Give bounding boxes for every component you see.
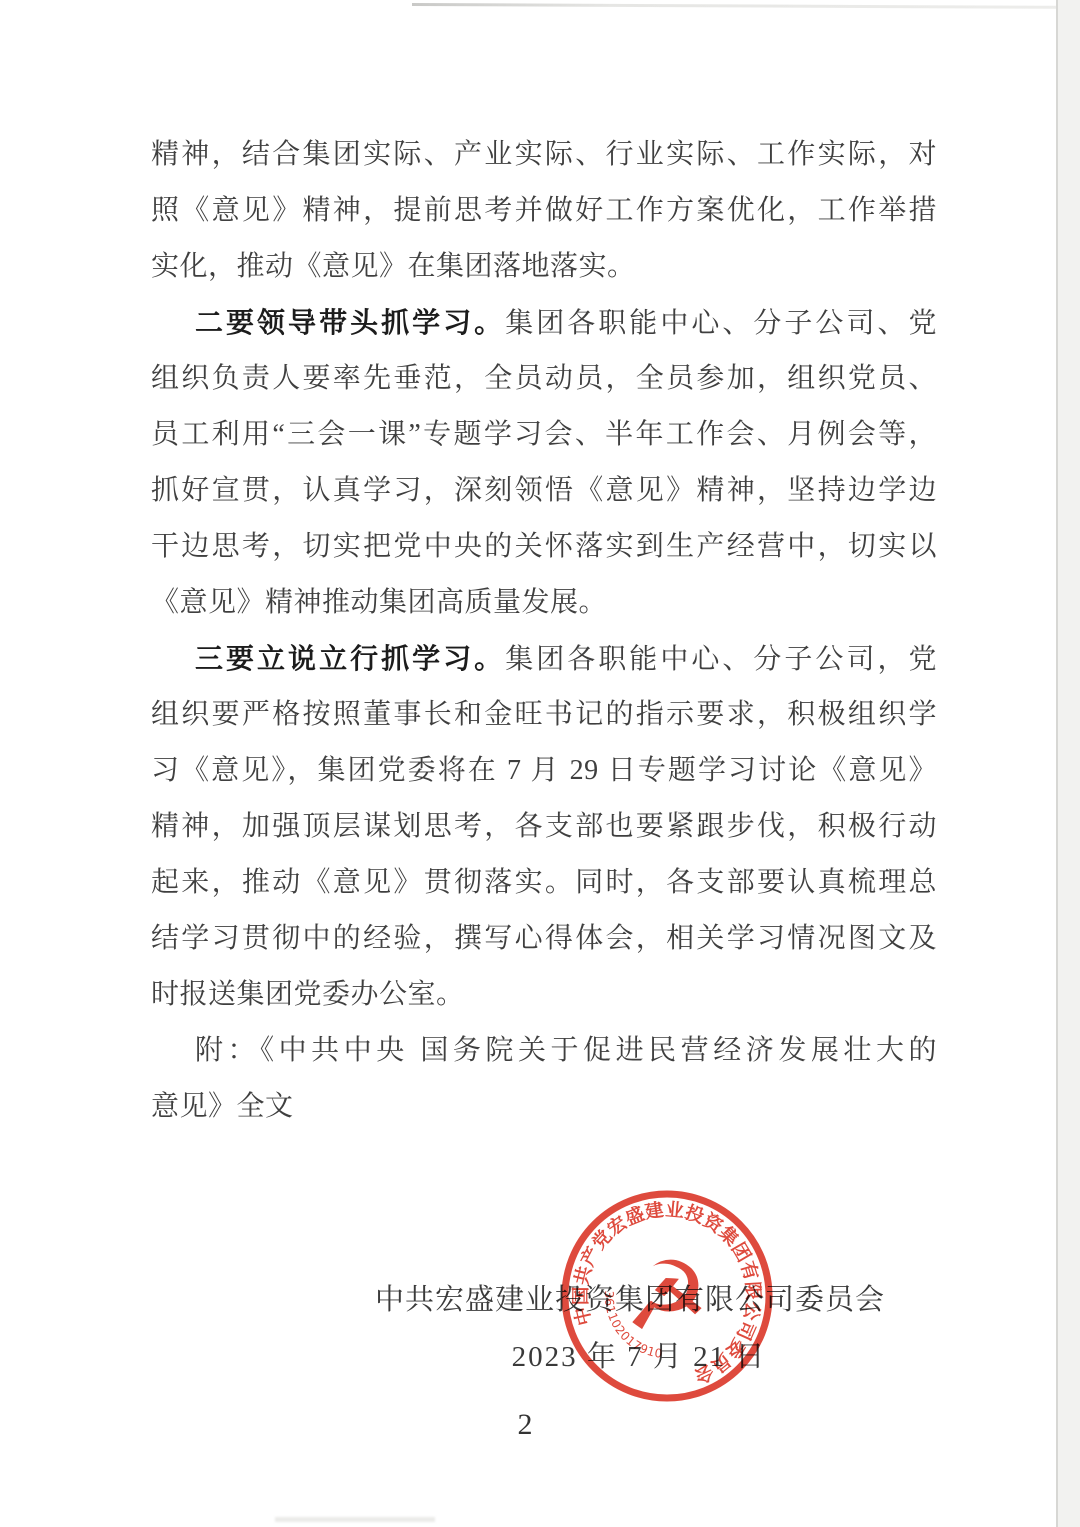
body-line: 精神，结合集团实际、产业实际、行业实际、工作实际，对 (151, 127, 937, 183)
body-line: 结学习贯彻中的经验，撰写心得体会，相关学习情况图文及 (151, 911, 937, 967)
attachment-line: 附：《中共中央 国务院关于促进民营经济发展壮大的 (151, 1023, 937, 1079)
body-line: 组织负责人要率先垂范，全员动员，全员参加，组织党员、 (151, 351, 937, 407)
body-line: 起来，推动《意见》贯彻落实。同时，各支部要认真梳理总 (151, 855, 937, 911)
document-page: 精神，结合集团实际、产业实际、行业实际、工作实际，对 照《意见》精神，提前思考并… (0, 0, 1080, 1527)
body-line: 《意见》精神推动集团高质量发展。 (151, 575, 937, 631)
hammer-sickle-icon: ☭ (624, 1242, 709, 1352)
body-line: 时报送集团党委办公室。 (151, 967, 937, 1023)
body-line: 抓好宣贯，认真学习，深刻领悟《意见》精神，坚持边学边 (151, 463, 937, 519)
section-heading: 三要立说立行抓学习。 (195, 643, 505, 674)
page-number: 2 (140, 1408, 910, 1442)
body-line: 三要立说立行抓学习。集团各职能中心、分子公司，党 (151, 631, 937, 687)
body-line: 组织要严格按照董事长和金旺书记的指示要求，积极组织学 (151, 687, 937, 743)
document-body: 精神，结合集团实际、产业实际、行业实际、工作实际，对 照《意见》精神，提前思考并… (151, 127, 937, 1135)
section-heading: 二要领导带头抓学习。 (195, 307, 505, 338)
body-line: 照《意见》精神，提前思考并做好工作方案优化，工作举措 (151, 183, 937, 239)
body-line: 干边思考，切实把党中央的关怀落实到生产经营中，切实以 (151, 519, 937, 575)
attachment-line: 意见》全文 (151, 1079, 937, 1135)
body-line: 二要领导带头抓学习。集团各职能中心、分子公司、党 (151, 295, 937, 351)
body-line: 习《意见》，集团党委将在 7 月 29 日专题学习讨论《意见》 (151, 743, 937, 799)
body-line: 员工利用“三会一课”专题学习会、半年工作会、月例会等， (151, 407, 937, 463)
body-line: 实化，推动《意见》在集团落地落实。 (151, 239, 937, 295)
scan-artifact-top-line (412, 3, 1080, 9)
official-seal: 中国共产党宏盛建业投资集团有限公司委员会 3611020179106 ☭ (547, 1176, 787, 1416)
scan-artifact-smudge (275, 1517, 435, 1522)
body-line: 精神，加强顶层谋划思考，各支部也要紧跟步伐，积极行动 (151, 799, 937, 855)
